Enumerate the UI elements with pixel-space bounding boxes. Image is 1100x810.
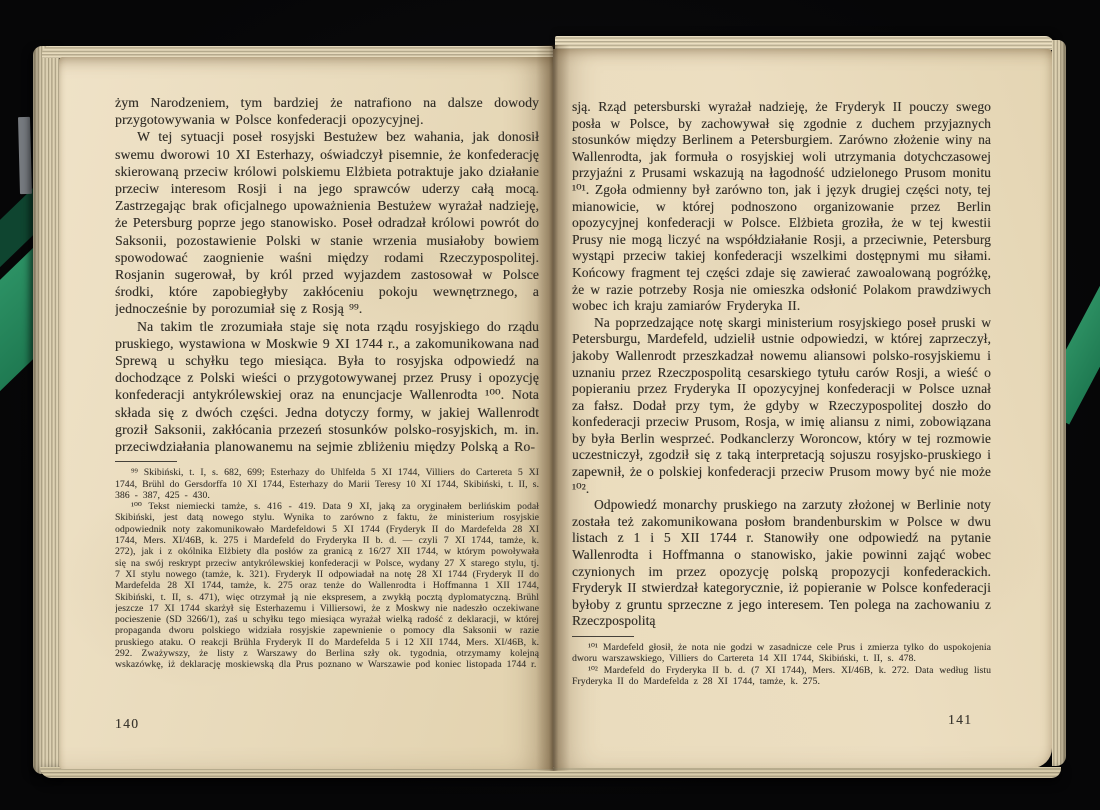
body-paragraph: Na poprzedzające notę skargi ministerium…	[572, 315, 991, 498]
body-paragraph: Odpowiedź monarchy pruskiego na zarzuty …	[572, 497, 991, 630]
footnote: ¹⁰⁰ Tekst niemiecki tamże, s. 416 - 419.…	[115, 501, 539, 670]
body-paragraph: W tej sytuacji poseł rosyjski Bestużew b…	[115, 128, 539, 317]
page-number-right: 141	[948, 712, 972, 728]
footnote: ¹⁰² Mardefeld do Fryderyka II b. d. (7 X…	[572, 665, 991, 688]
footnote: ¹⁰¹ Mardefeld głosił, że nota nie godzi …	[572, 642, 991, 665]
right-page-top-edge	[555, 36, 1054, 50]
body-paragraph: żym Narodzeniem, tym bardziej że natrafi…	[115, 94, 539, 128]
page-number-left: 140	[115, 716, 139, 732]
footnote-separator	[115, 461, 177, 462]
footnote-separator	[572, 636, 634, 637]
book-gutter	[536, 45, 570, 771]
footnote: ⁹⁹ Skibiński, t. I, s. 682, 699; Esterha…	[115, 467, 539, 501]
body-paragraph: Na takim tle zrozumiała staje się nota r…	[115, 318, 539, 456]
body-paragraph: sją. Rząd petersburski wyrażał nadzieję,…	[572, 99, 991, 315]
cover-mark	[18, 117, 32, 194]
open-book-photo: żym Narodzeniem, tym bardziej że natrafi…	[0, 0, 1100, 810]
left-page-text-column: żym Narodzeniem, tym bardziej że natrafi…	[115, 94, 539, 746]
left-page-fore-edge	[33, 46, 59, 774]
right-page-text-column: sją. Rząd petersburski wyrażał nadzieję,…	[572, 99, 991, 739]
right-page-fore-edge	[1052, 40, 1066, 766]
